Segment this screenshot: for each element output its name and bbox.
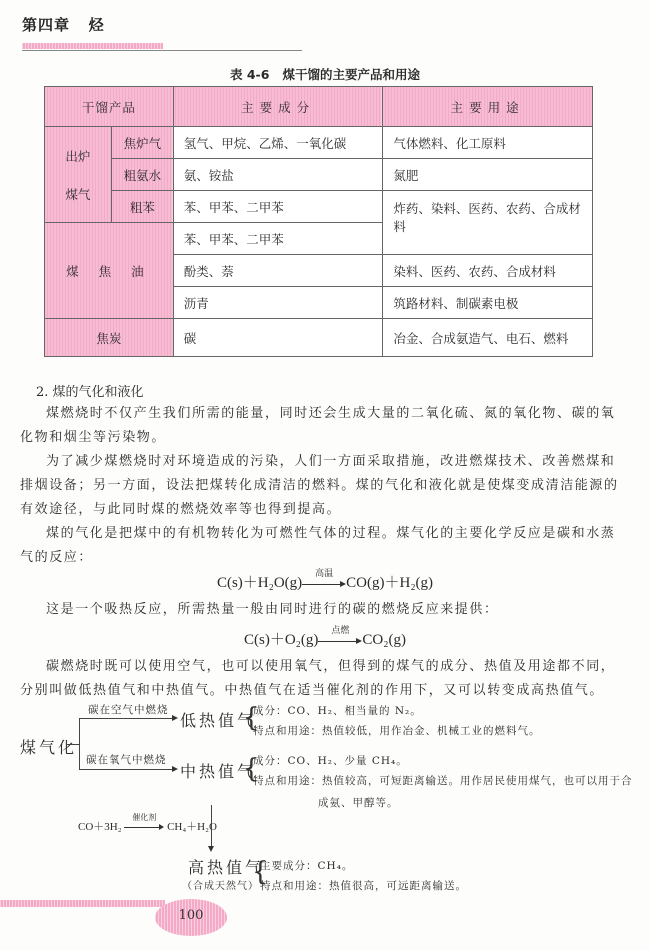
eq3-right: CH₄＋H₂O (167, 821, 217, 833)
paragraph-1: 煤燃烧时不仅产生我们所需的能量，同时还会生成大量的二氧化硫、氮的氧化物、碳的氧化… (20, 402, 620, 450)
products-table: 干馏产品 主要成分 主要用途 出炉 煤气 焦炉气 氢气、甲烷、乙烯、一氧化碳 气… (44, 86, 593, 357)
component-cell: 氢气、甲烷、乙烯、一氧化碳 (173, 127, 383, 159)
section-title: 2. 煤的气化和液化 (36, 381, 144, 400)
paragraph-3: 煤的气化是把煤中的有机物转化为可燃性气体的过程。煤气化的主要化学反应是碳和水蒸气… (20, 522, 620, 570)
high-feature: 特点和用途：热值很高，可远距离输送。 (260, 878, 467, 893)
component-cell: 苯、甲苯、二甲苯 (173, 223, 383, 255)
component-cell: 酚类、萘 (173, 255, 383, 287)
arrow-head-icon (208, 846, 214, 852)
mid-component: 成分：CO、H₂、少量 CH₄。 (253, 753, 408, 768)
equation-water-gas: C(s)＋H₂O(g)高温CO(g)＋H₂(g) (0, 571, 650, 592)
equation-methanation: CO＋3H₂ 催化剂 CH₄＋H₂O (78, 818, 217, 834)
reaction-arrow-icon: 催化剂 (124, 822, 164, 832)
table-row: 焦炭 碳 冶金、合成氨造气、电石、燃料 (45, 319, 593, 357)
use-cell: 炸药、染料、医药、农药、合成材料 (383, 191, 593, 255)
header-rule (22, 50, 302, 51)
table-row: 粗氨水 氨、铵盐 氮肥 (45, 159, 593, 191)
use-cell: 筑路材料、制碳素电极 (383, 287, 593, 319)
eq2-condition: 点燃 (318, 623, 362, 636)
chapter-title: 第四章 烃 (22, 14, 105, 35)
group-coke: 焦炭 (45, 319, 174, 357)
connector-line (79, 718, 80, 770)
diagram-root: 煤气化 (20, 735, 77, 758)
table-header-row: 干馏产品 主要成分 主要用途 (45, 87, 593, 127)
table-row: 粗苯 苯、甲苯、二甲苯 炸药、染料、医药、农药、合成材料 (45, 191, 593, 223)
use-cell: 冶金、合成氨造气、电石、燃料 (383, 319, 593, 357)
use-cell: 染料、医药、农药、合成材料 (383, 255, 593, 287)
sub-product: 粗苯 (111, 191, 173, 223)
eq1-left: C(s)＋H₂O(g) (217, 575, 302, 591)
table-caption: 表 4-6 煤干馏的主要产品和用途 (0, 65, 650, 83)
group-label-line2: 煤气 (45, 185, 111, 203)
column-header-use: 主要用途 (383, 87, 593, 127)
reaction-arrow-icon: 高温 (302, 578, 346, 590)
component-cell: 氨、铵盐 (173, 159, 383, 191)
group-coal-tar: 煤 焦 油 (45, 223, 174, 319)
component-cell: 沥青 (173, 287, 383, 319)
connector-line (79, 718, 175, 719)
column-header-component: 主要成分 (173, 87, 383, 127)
group-outlet-gas: 出炉 煤气 (45, 127, 112, 223)
mid-feature: 特点和用途：热值较高，可短距离输送。用作居民使用煤气，也可以用于合 (253, 773, 633, 788)
group-label-line1: 出炉 (45, 147, 111, 165)
table-row: 出炉 煤气 焦炉气 氢气、甲烷、乙烯、一氧化碳 气体燃料、化工原料 (45, 127, 593, 159)
eq1-right: CO(g)＋H₂(g) (346, 575, 433, 591)
reaction-arrow-icon: 点燃 (318, 635, 362, 647)
sub-product: 焦炉气 (111, 127, 173, 159)
eq2-left: C(s)＋O₂(g) (244, 632, 318, 648)
component-cell: 苯、甲苯、二甲苯 (173, 191, 383, 223)
mid-feature-cont: 成氨、甲醇等。 (318, 795, 399, 810)
header-accent-bar (22, 43, 163, 49)
sub-product: 粗氨水 (111, 159, 173, 191)
paragraph-2: 为了减少煤燃烧时对环境造成的污染，人们一方面采取措施，改进燃煤技术、改善燃煤和排… (20, 450, 620, 522)
low-feature: 特点和用途：热值较低，用作冶金、机械工业的燃料气。 (253, 723, 541, 738)
column-header-product: 干馏产品 (45, 87, 174, 127)
equation-combustion: C(s)＋O₂(g)点燃CO₂(g) (0, 628, 650, 649)
connector-line (79, 769, 175, 770)
paragraph-4: 这是一个吸热反应，所需热量一般由同时进行的碳的燃烧反应来提供： (20, 598, 620, 622)
arrow-head-icon (172, 766, 178, 772)
connector-line (66, 744, 80, 745)
paragraph-5: 碳燃烧时既可以使用空气，也可以使用氧气，但得到的煤气的成分、热值及用途都不同，分… (20, 655, 620, 703)
eq1-condition: 高温 (302, 566, 346, 579)
use-cell: 氮肥 (383, 159, 593, 191)
eq3-condition: 催化剂 (124, 812, 164, 823)
component-cell: 碳 (173, 319, 383, 357)
use-cell: 气体燃料、化工原料 (383, 127, 593, 159)
low-component: 成分：CO、H₂、相当量的 N₂。 (253, 703, 422, 718)
high-heat-alias: （合成天然气） (182, 877, 259, 892)
eq2-right: CO₂(g) (362, 632, 406, 648)
eq3-left: CO＋3H₂ (78, 821, 122, 833)
arrow-head-icon (172, 715, 178, 721)
branch-label-air: 碳在空气中燃烧 (88, 702, 169, 717)
high-component: 主要成分：CH₄。 (260, 858, 353, 873)
footer-accent-bar (0, 900, 165, 907)
branch-label-oxygen: 碳在氧气中燃烧 (86, 752, 167, 767)
page-number: 100 (155, 908, 227, 923)
